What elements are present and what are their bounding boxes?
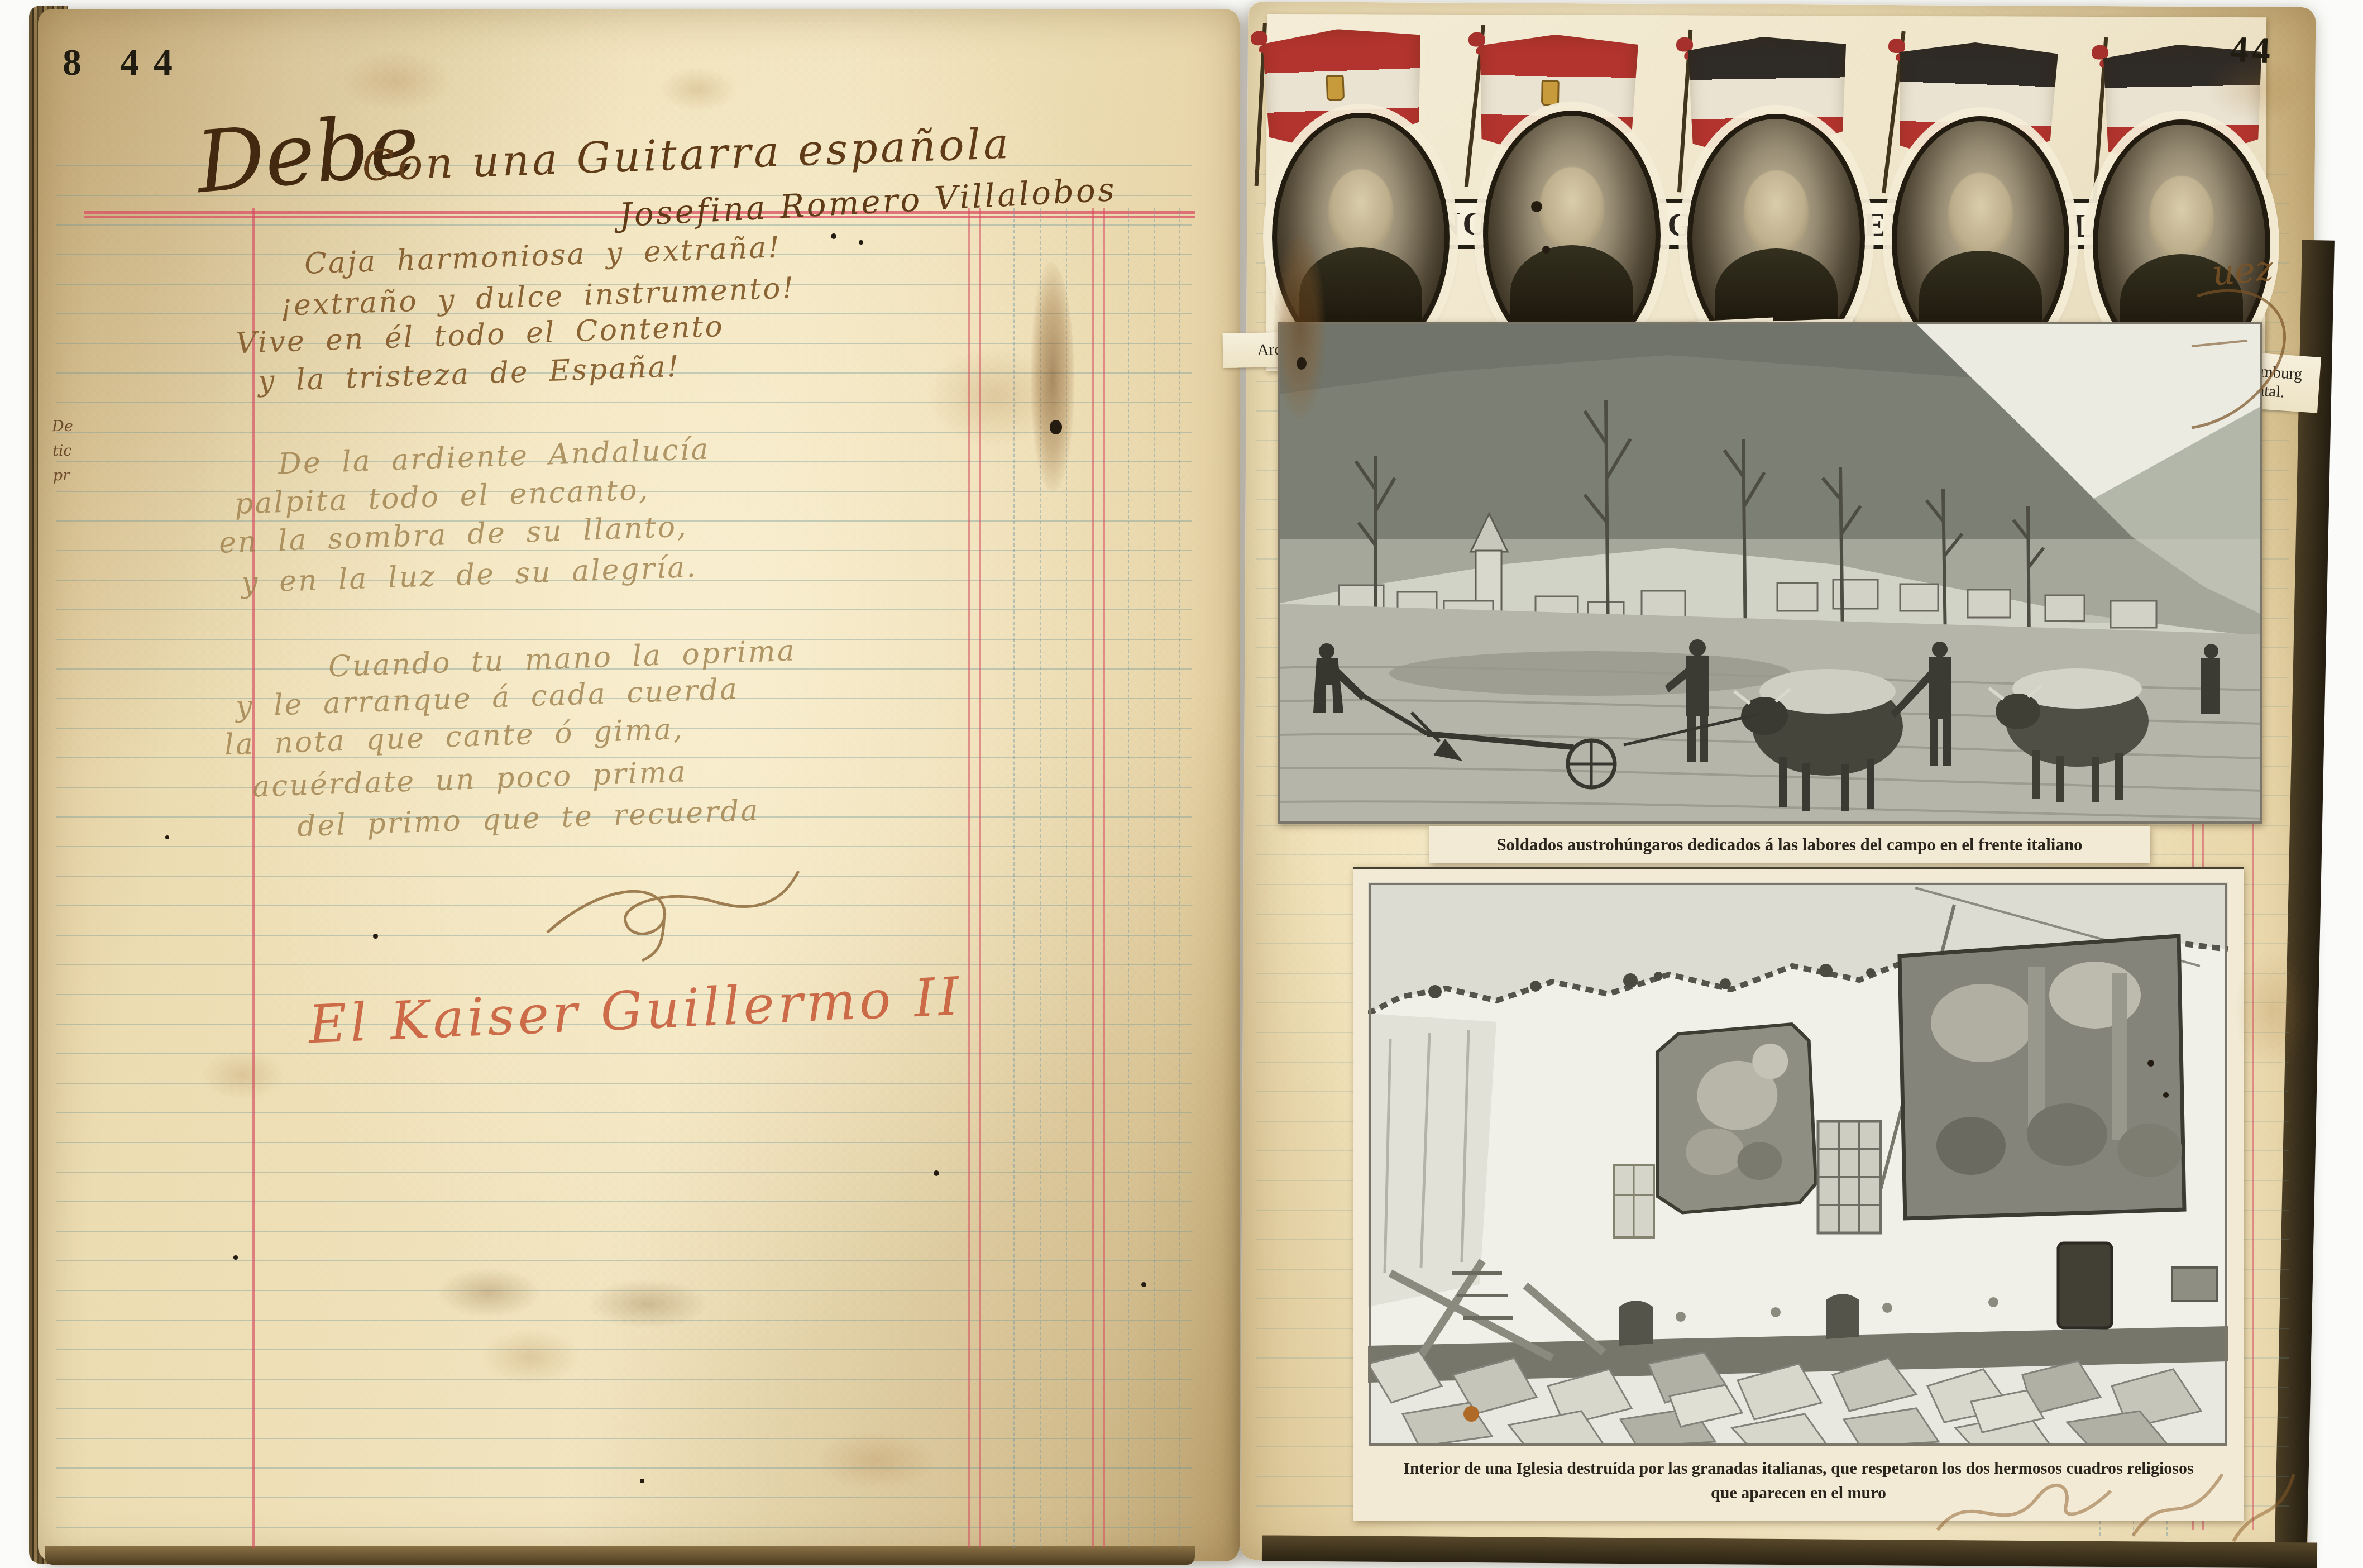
handwriting-flourish xyxy=(2180,262,2331,430)
ledger-blue-column-line xyxy=(1128,208,1130,1548)
ledger-red-column-line xyxy=(1103,208,1105,1548)
portrait-face xyxy=(1539,167,1604,251)
paper-hole xyxy=(1297,357,1307,370)
farm-photo-clipping xyxy=(1278,322,2262,824)
flag-ribbon xyxy=(1888,38,1906,53)
ledger-red-column-line xyxy=(1092,208,1094,1548)
portrait-face xyxy=(1744,170,1809,254)
ledger-blue-column-line xyxy=(1154,208,1156,1548)
paper-hole xyxy=(1050,420,1062,434)
ink-dot xyxy=(165,835,169,839)
ink-dot xyxy=(2147,1060,2154,1067)
ink-dot xyxy=(1141,1282,1146,1287)
foxing-stain xyxy=(2233,949,2312,1072)
foxing-stain xyxy=(659,67,737,112)
foxing-stain xyxy=(480,1329,581,1385)
scrapbook-scan: 8 44 De tic pr Debe Con una Guitarra esp… xyxy=(0,0,2363,1568)
ink-dot xyxy=(934,1170,939,1176)
flag-crest xyxy=(1541,80,1560,107)
flag-ribbon xyxy=(2092,45,2108,60)
ink-dot xyxy=(233,1255,238,1260)
margin-print-fragment: De tic pr xyxy=(52,414,74,489)
handwriting-strokes xyxy=(1921,1452,2300,1564)
paper-hole xyxy=(1542,246,1550,254)
pen-flourish xyxy=(525,849,815,966)
flag-crest xyxy=(1326,75,1345,101)
pencil-smudge xyxy=(436,1268,542,1318)
foxing-stain xyxy=(341,50,452,112)
portrait-face xyxy=(1328,169,1393,253)
left-page-number: 8 44 xyxy=(63,40,187,84)
ledger-red-margin-line xyxy=(252,208,255,1548)
foxing-stain xyxy=(201,1050,285,1100)
ink-dot xyxy=(2163,1092,2169,1098)
paper-hole xyxy=(1531,201,1542,212)
ledger-horizontal-lines-left xyxy=(56,137,1192,1538)
church-photo-illustration xyxy=(1368,882,2228,1446)
flag-ribbon xyxy=(1468,32,1485,47)
flag-ribbon xyxy=(1676,37,1693,52)
ink-dot xyxy=(859,240,863,245)
flag-ribbon xyxy=(1251,31,1268,46)
right-page-number: 44 xyxy=(2230,28,2275,73)
foxing-stain xyxy=(815,1430,938,1491)
ink-dot xyxy=(831,233,836,239)
portrait-face xyxy=(1948,173,2013,256)
ink-dot xyxy=(373,934,378,939)
church-photo-clipping: Interior de una Iglesia destruída por la… xyxy=(1353,867,2244,1521)
farm-photo-illustration xyxy=(1278,322,2262,824)
ink-dot xyxy=(640,1479,644,1483)
portrait-face xyxy=(2149,176,2214,260)
farm-photo-caption-strip: Soldados austrohúngaros dedicados á las … xyxy=(1429,826,2150,863)
ledger-blue-column-line xyxy=(1179,208,1181,1548)
page-stack-edge-bottom xyxy=(45,1546,1195,1565)
farm-photo-caption: Soldados austrohúngaros dedicados á las … xyxy=(1496,835,2082,855)
pencil-smudge xyxy=(586,1279,709,1329)
